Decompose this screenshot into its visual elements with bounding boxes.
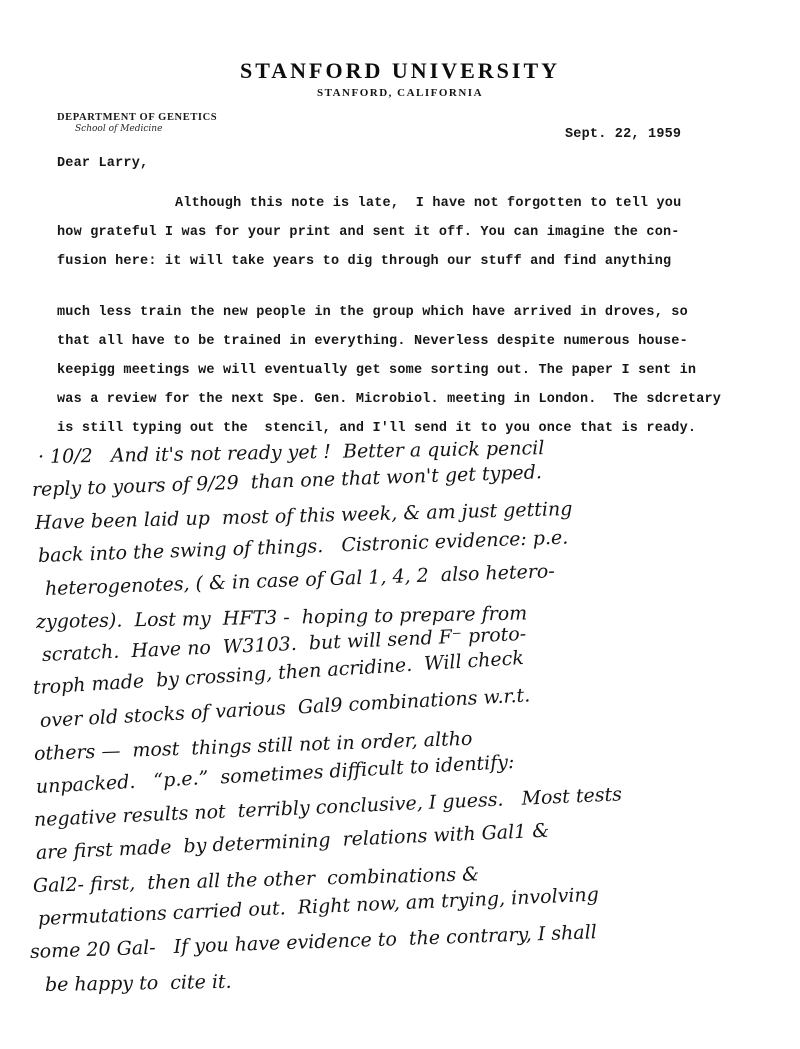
typed-line: much less train the new people in the gr…: [57, 298, 721, 327]
letterhead: STANFORD UNIVERSITY STANFORD, CALIFORNIA: [0, 58, 800, 99]
handwritten-note: · 10/2 And it's not ready yet ! Better a…: [0, 441, 790, 1002]
typed-line: was a review for the next Spe. Gen. Micr…: [57, 385, 721, 414]
department-block: DEPARTMENT OF GENETICS School of Medicin…: [57, 112, 217, 134]
typed-paragraph-1: Although this note is late, I have not f…: [57, 189, 681, 276]
university-location: STANFORD, CALIFORNIA: [0, 87, 800, 99]
typed-line: keepigg meetings we will eventually get …: [57, 356, 721, 385]
typed-line: Although this note is late, I have not f…: [175, 189, 681, 218]
department-name: DEPARTMENT OF GENETICS: [57, 112, 217, 123]
letter-date: Sept. 22, 1959: [565, 127, 681, 142]
typed-line: that all have to be trained in everythin…: [57, 327, 721, 356]
typed-line: how grateful I was for your print and se…: [57, 218, 681, 247]
school-name: School of Medicine: [75, 124, 217, 134]
salutation: Dear Larry,: [57, 156, 148, 171]
typed-line: fusion here: it will take years to dig t…: [57, 247, 681, 276]
typed-paragraph-2: much less train the new people in the gr…: [57, 298, 721, 443]
letter-page: STANFORD UNIVERSITY STANFORD, CALIFORNIA…: [0, 0, 800, 1049]
university-name: STANFORD UNIVERSITY: [0, 58, 800, 84]
